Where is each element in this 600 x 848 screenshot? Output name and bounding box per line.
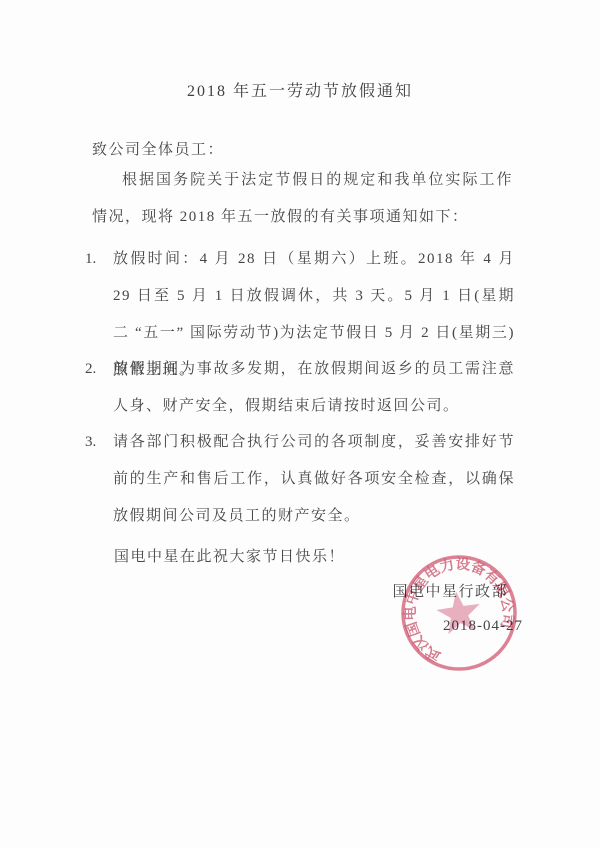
page-title: 2018 年五一劳动节放假通知: [0, 78, 600, 101]
item-number: 3.: [85, 424, 111, 461]
item-number: 1.: [85, 241, 111, 278]
intro-paragraph: 根据国务院关于法定节假日的规定和我单位实际工作情况，现将 2018 年五一放假的…: [92, 162, 513, 236]
signature-date: 2018-04-27: [443, 615, 523, 637]
item-number: 2.: [85, 351, 111, 388]
list-item: 2. 放假期间为事故多发期，在放假期间返乡的员工需注意人身、财产安全，假期结束后…: [85, 351, 515, 425]
closing-line: 国电中星在此祝大家节日快乐！: [92, 539, 522, 576]
item-text: 放假期间为事故多发期，在放假期间返乡的员工需注意人身、财产安全，假期结束后请按时…: [113, 351, 515, 425]
signature-department: 国电中星行政部: [392, 581, 508, 603]
holiday-notice-document: 2018 年五一劳动节放假通知 致公司全体员工： 根据国务院关于法定节假日的规定…: [0, 0, 600, 848]
item-text: 请各部门积极配合执行公司的各项制度，妥善安排好节前的生产和售后工作，认真做好各项…: [113, 424, 515, 535]
list-item: 3. 请各部门积极配合执行公司的各项制度，妥善安排好节前的生产和售后工作，认真做…: [85, 424, 515, 535]
